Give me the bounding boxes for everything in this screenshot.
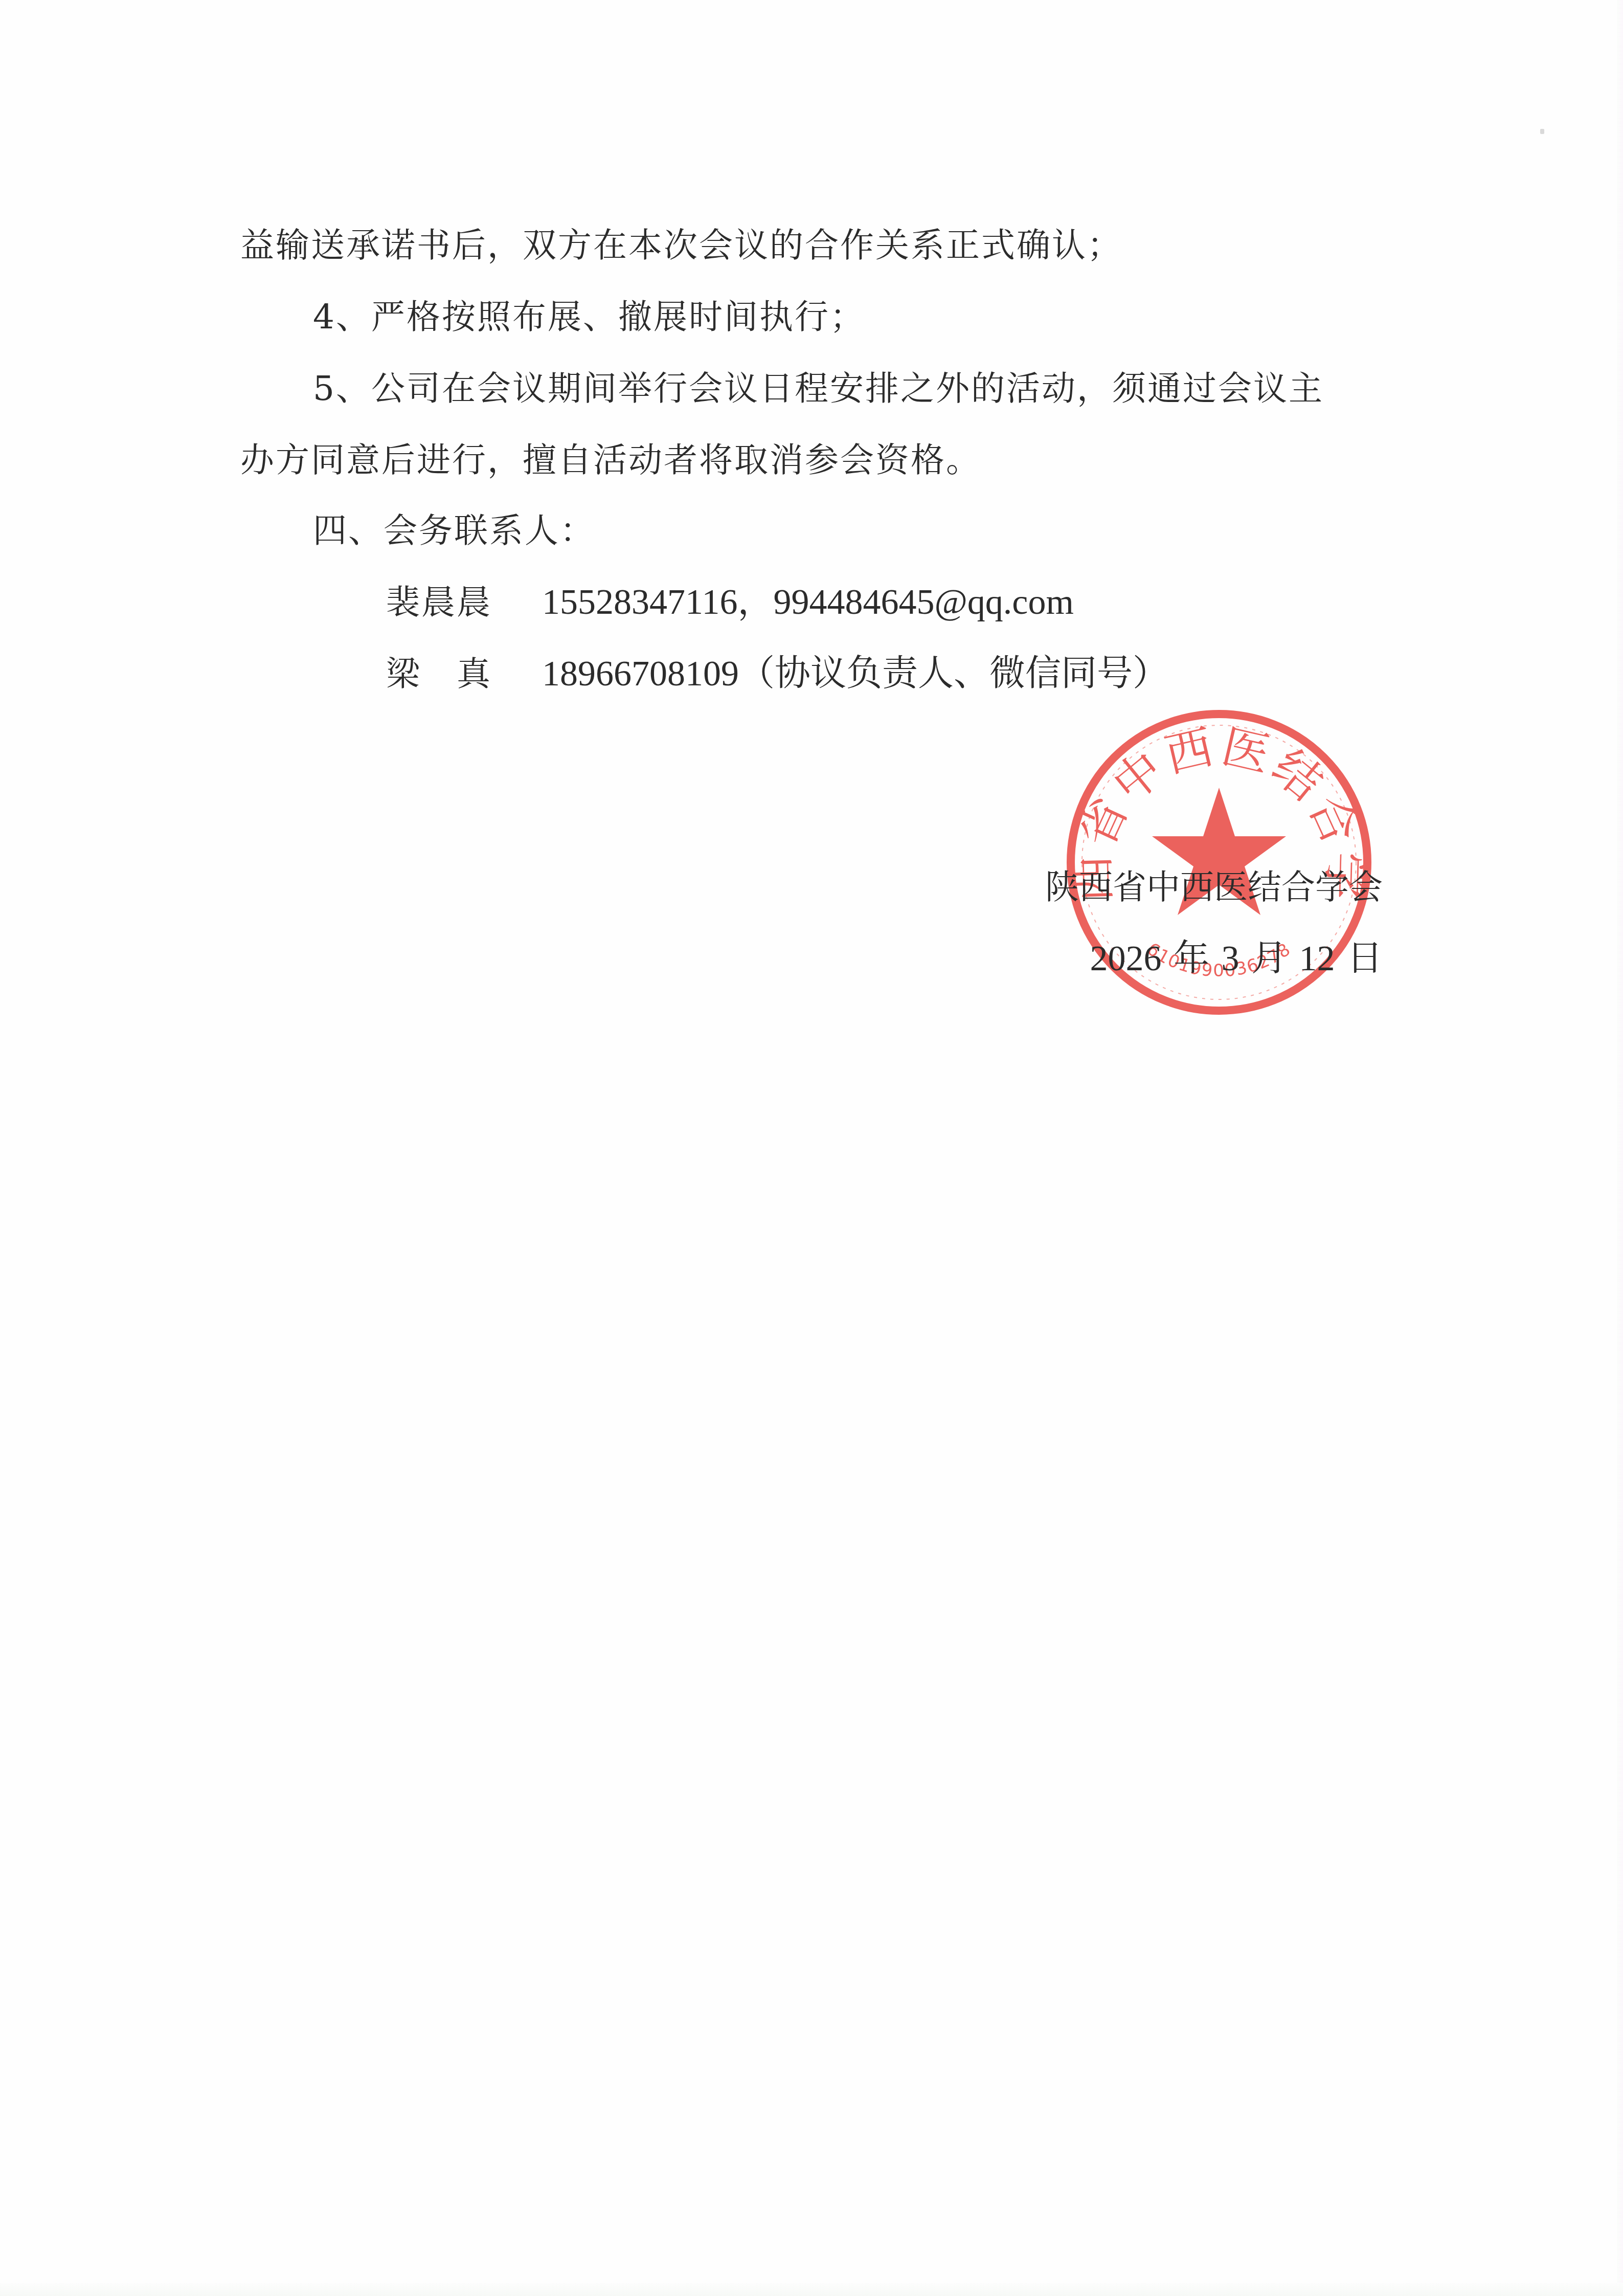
- signature-date: 2026 年 3 月 12 日: [1090, 939, 1383, 979]
- scan-artifact: [1540, 129, 1544, 134]
- scan-edge-right: [1617, 0, 1623, 2296]
- contact-info: 15528347116，994484645@qq.com: [542, 582, 1074, 623]
- body-item-5-continuation: 办方同意后进行，擅自活动者将取消参会资格。: [240, 440, 981, 481]
- contact-info: 18966708109（协议负责人、微信同号）: [542, 654, 1168, 695]
- body-item-4: 4、严格按照布展、撤展时间执行；: [313, 297, 865, 338]
- contact-name: 梁真: [386, 654, 542, 695]
- signature-organization: 陕西省中西医结合学会: [1045, 867, 1383, 908]
- body-item-5: 5、公司在会议期间举行会议日程安排之外的活动，须通过会议主: [313, 368, 1324, 409]
- contact-row: 梁真 18966708109（协议负责人、微信同号）: [386, 654, 1168, 695]
- body-line-continuation: 益输送承诺书后，双方在本次会议的合作关系正式确认；: [240, 225, 1122, 266]
- contact-name: 裴晨晨: [386, 582, 542, 623]
- scan-edge-bottom: [0, 2283, 1623, 2296]
- document-page: 益输送承诺书后，双方在本次会议的合作关系正式确认； 4、严格按照布展、撤展时间执…: [0, 0, 1623, 2296]
- contact-row: 裴晨晨 15528347116，994484645@qq.com: [386, 582, 1074, 623]
- section-heading-contacts: 四、会务联系人：: [313, 510, 595, 551]
